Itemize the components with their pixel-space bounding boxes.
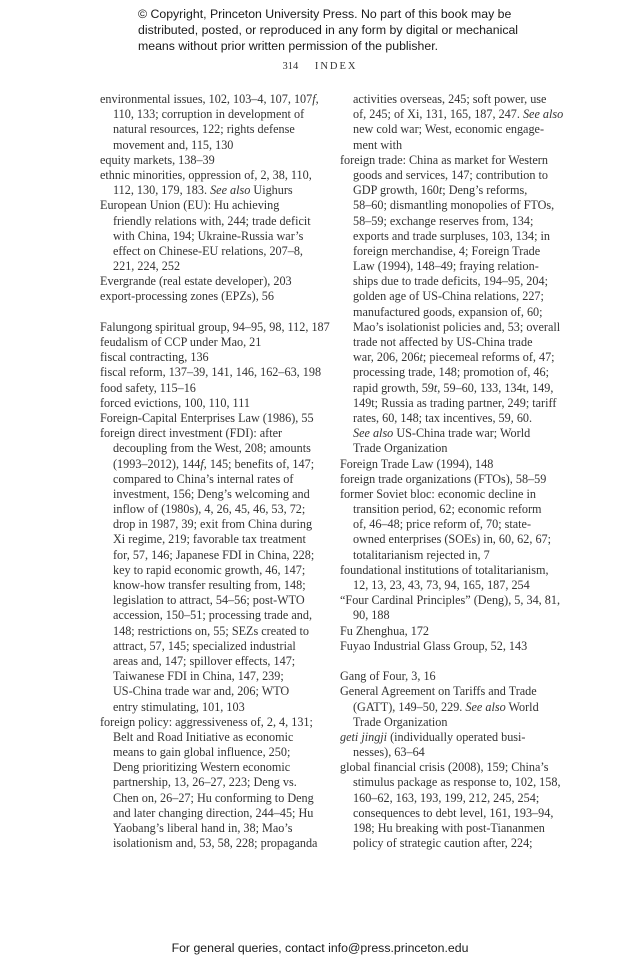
index-subentry-line: inflow of (1980s), 4, 26, 45, 46, 53, 72… [100,502,335,517]
entry-text: compared to China’s internal rates of [113,472,293,486]
index-subentry-line: foreign merchandise, 4; Foreign Trade [340,244,568,259]
index-subentry-line: and later changing direction, 244–45; Hu [100,806,335,821]
entry-text: Belt and Road Initiative as economic [113,730,293,744]
entry-text: entry stimulating, 101, 103 [113,700,245,714]
entry-text: partnership, 13, 26–27, 223; Deng vs. [113,775,297,789]
index-subentry-line: 221, 224, 252 [100,259,335,274]
index-subentry-line: 110, 133; corruption in development of [100,107,335,122]
index-entry-line: foreign trade organizations (FTOs), 58–5… [340,472,568,487]
index-subentry-line: new cold war; West, economic engage- [340,122,568,137]
entry-text: global financial crisis (2008), 159; Chi… [340,760,549,774]
entry-text: accession, 150–51; processing trade and, [113,608,312,622]
index-subentry-line: Yaobang’s liberal hand in, 38; Mao’s [100,821,335,836]
index-subentry-line: (1993–2012), 144f, 145; benefits of, 147… [100,457,335,472]
entry-text: exports and trade surpluses, 103, 134; i… [353,229,550,243]
entry-text: US-China trade war and, 206; WTO [113,684,289,698]
index-subentry-line: Mao’s isolationist policies and, 53; ove… [340,320,568,335]
entry-text: fiscal contracting, 136 [100,350,209,364]
entry-text: nesses), 63–64 [353,745,425,759]
entry-text: 110, 133; corruption in development of [113,107,304,121]
entry-italic: See also [523,107,563,121]
index-entry-line: Gang of Four, 3, 16 [340,669,568,684]
entry-text: 221, 224, 252 [113,259,180,273]
entry-text-after: ; Deng’s reforms, [442,183,527,197]
entry-text: trade not affected by US-China trade [353,335,532,349]
index-subentry-line: compared to China’s internal rates of [100,472,335,487]
entry-text-after: Uighurs [250,183,292,197]
entry-text: owned enterprises (SOEs) in, 60, 62, 67; [353,532,551,546]
index-entry-line: feudalism of CCP under Mao, 21 [100,335,335,350]
entry-text: Deng prioritizing Western economic [113,760,290,774]
entry-text: 148; restrictions on, 55; SEZs created t… [113,624,309,638]
index-subentry-line: ment with [340,138,568,153]
index-subentry-line: decoupling from the West, 208; amounts [100,441,335,456]
index-subentry-line: for, 57, 146; Japanese FDI in China, 228… [100,548,335,563]
entry-text: goods and services, 147; contribution to [353,168,548,182]
running-head: 314 INDEX [0,61,640,72]
entry-text: foreign trade organizations (FTOs), 58–5… [340,472,546,486]
entry-text: Evergrande (real estate developer), 203 [100,274,292,288]
index-subentry-line: of, 46–48; price reform of, 70; state- [340,517,568,532]
index-subentry-line: rates, 60, 148; tax incentives, 59, 60. [340,411,568,426]
index-subentry-line: partnership, 13, 26–27, 223; Deng vs. [100,775,335,790]
index-subentry-line: 12, 13, 23, 43, 73, 94, 165, 187, 254 [340,578,568,593]
entry-text: with China, 194; Ukraine-Russia war’s [113,229,303,243]
index-subentry-line: stimulus package as response to, 102, 15… [340,775,568,790]
entry-text: areas and, 147; spillover effects, 147; [113,654,295,668]
entry-text: for, 57, 146; Japanese FDI in China, 228… [113,548,314,562]
index-subentry-line: Taiwanese FDI in China, 147, 239; [100,669,335,684]
page-number: 314 [282,61,298,72]
entry-text: Chen on, 26–27; Hu conforming to Deng [113,791,314,805]
index-subentry-line: Belt and Road Initiative as economic [100,730,335,745]
index-subentry-line: of, 245; of Xi, 131, 165, 187, 247. See … [340,107,568,122]
entry-text: rapid growth, 59 [353,381,434,395]
index-subentry-line: Xi regime, 219; favorable tax treatment [100,532,335,547]
index-subentry-line: rapid growth, 59t, 59–60, 133, 134t, 149… [340,381,568,396]
entry-text: (1993–2012), 144 [113,457,200,471]
entry-text: new cold war; West, economic engage- [353,122,544,136]
index-subentry-line: 148; restrictions on, 55; SEZs created t… [100,624,335,639]
entry-italic: See also [210,183,250,197]
entry-text: stimulus package as response to, 102, 15… [353,775,561,789]
entry-text-after: , 145; benefits of, 147; [204,457,314,471]
entry-text: golden age of US-China relations, 227; [353,289,544,303]
entry-text: former Soviet bloc: economic decline in [340,487,536,501]
entry-text: consequences to debt level, 161, 193–94, [353,806,553,820]
entry-text: Yaobang’s liberal hand in, 38; Mao’s [113,821,293,835]
entry-text: Trade Organization [353,441,447,455]
index-subentry-line: 112, 130, 179, 183. See also Uighurs [100,183,335,198]
entry-text: Gang of Four, 3, 16 [340,669,436,683]
index-subentry-line: war, 206, 206t; piecemeal reforms of, 47… [340,350,568,365]
index-subentry-line: (GATT), 149–50, 229. See also World [340,700,568,715]
index-subentry-line: attract, 57, 145; specialized industrial [100,639,335,654]
index-subentry-line: Law (1994), 148–49; fraying relation- [340,259,568,274]
entry-text: forced evictions, 100, 110, 111 [100,396,250,410]
entry-text: foreign merchandise, 4; Foreign Trade [353,244,540,258]
entry-italic: geti jingji [340,730,387,744]
index-subentry-line: effect on Chinese-EU relations, 207–8, [100,244,335,259]
index-subentry-line: know-how transfer resulting from, 148; [100,578,335,593]
entry-text-after: , [316,92,319,106]
entry-text: GDP growth, 160 [353,183,439,197]
entry-text: foreign trade: China as market for Weste… [340,153,548,167]
index-subentry-line: means to gain global influence, 250; [100,745,335,760]
entry-text: Xi regime, 219; favorable tax treatment [113,532,306,546]
entry-text: effect on Chinese-EU relations, 207–8, [113,244,303,258]
section-gap [100,305,335,320]
entry-text: Mao’s isolationist policies and, 53; ove… [353,320,560,334]
entry-text: food safety, 115–16 [100,381,196,395]
index-subentry-line: 90, 188 [340,608,568,623]
entry-text: of, 245; of Xi, 131, 165, 187, 247. [353,107,523,121]
index-subentry-line: investment, 156; Deng’s welcoming and [100,487,335,502]
entry-text: Fu Zhenghua, 172 [340,624,429,638]
entry-text: equity markets, 138–39 [100,153,215,167]
entry-text: 160–62, 163, 193, 199, 212, 245, 254; [353,791,539,805]
entry-text: environmental issues, 102, 103–4, 107, 1… [100,92,312,106]
entry-text: 112, 130, 179, 183. [113,183,210,197]
index-subentry-line: nesses), 63–64 [340,745,568,760]
entry-text: attract, 57, 145; specialized industrial [113,639,296,653]
entry-text: legislation to attract, 54–56; post-WTO [113,593,305,607]
index-subentry-line: goods and services, 147; contribution to [340,168,568,183]
entry-text: foundational institutions of totalitaria… [340,563,549,577]
index-subentry-line: activities overseas, 245; soft power, us… [340,92,568,107]
index-subentry-line: transition period, 62; economic reform [340,502,568,517]
section-gap [340,654,568,669]
entry-text: war, 206, 206 [353,350,420,364]
entry-text: movement and, 115, 130 [113,138,233,152]
index-entry-line: Evergrande (real estate developer), 203 [100,274,335,289]
entry-text: activities overseas, 245; soft power, us… [353,92,546,106]
index-subentry-line: legislation to attract, 54–56; post-WTO [100,593,335,608]
index-entry-line: Foreign Trade Law (1994), 148 [340,457,568,472]
index-column-left: environmental issues, 102, 103–4, 107, 1… [100,92,335,851]
index-subentry-line: policy of strategic caution after, 224; [340,836,568,851]
entry-text-after: (individually operated busi- [387,730,525,744]
entry-text: know-how transfer resulting from, 148; [113,578,306,592]
entry-text: Taiwanese FDI in China, 147, 239; [113,669,284,683]
index-subentry-line: entry stimulating, 101, 103 [100,700,335,715]
entry-text: policy of strategic caution after, 224; [353,836,533,850]
index-subentry-line: totalitarianism rejected in, 7 [340,548,568,563]
index-subentry-line: trade not affected by US-China trade [340,335,568,350]
index-entry-line: Fuyao Industrial Glass Group, 52, 143 [340,639,568,654]
index-entry-line: Fu Zhenghua, 172 [340,624,568,639]
footer-contact: For general queries, contact info@press.… [0,941,640,955]
entry-text: drop in 1987, 39; exit from China during [113,517,312,531]
index-entry-line: fiscal contracting, 136 [100,350,335,365]
entry-text: decoupling from the West, 208; amounts [113,441,311,455]
index-entry-line: food safety, 115–16 [100,381,335,396]
index-entry-line: export-processing zones (EPZs), 56 [100,289,335,304]
index-subentry-line: friendly relations with, 244; trade defi… [100,214,335,229]
entry-text: Law (1994), 148–49; fraying relation- [353,259,539,273]
index-subentry-line: natural resources, 122; rights defense [100,122,335,137]
index-subentry-line: US-China trade war and, 206; WTO [100,684,335,699]
index-entry-line: geti jingji (individually operated busi- [340,730,568,745]
index-subentry-line: Trade Organization [340,441,568,456]
index-entry-line: equity markets, 138–39 [100,153,335,168]
index-subentry-line: isolationism and, 53, 58, 228; propagand… [100,836,335,851]
entry-text: processing trade, 148; promotion of, 46; [353,365,549,379]
index-subentry-line: manufactured goods, expansion of, 60; [340,305,568,320]
entry-text: Trade Organization [353,715,447,729]
index-entry-line: “Four Cardinal Principles” (Deng), 5, 34… [340,593,568,608]
index-subentry-line: Chen on, 26–27; Hu conforming to Deng [100,791,335,806]
entry-text: European Union (EU): Hu achieving [100,198,279,212]
entry-text-after: US-China trade war; World [393,426,530,440]
entry-text: fiscal reform, 137–39, 141, 146, 162–63,… [100,365,321,379]
entry-text-after: , 59–60, 133, 134t, 149, [437,381,553,395]
index-subentry-line: drop in 1987, 39; exit from China during [100,517,335,532]
index-entry-line: European Union (EU): Hu achieving [100,198,335,213]
entry-text-after: World [506,700,539,714]
index-subentry-line: exports and trade surpluses, 103, 134; i… [340,229,568,244]
index-entry-line: ethnic minorities, oppression of, 2, 38,… [100,168,335,183]
index-entry-line: forced evictions, 100, 110, 111 [100,396,335,411]
entry-text: Fuyao Industrial Glass Group, 52, 143 [340,639,527,653]
index-subentry-line: owned enterprises (SOEs) in, 60, 62, 67; [340,532,568,547]
entry-text: ethnic minorities, oppression of, 2, 38,… [100,168,312,182]
index-entry-line: General Agreement on Tariffs and Trade [340,684,568,699]
entry-text: ment with [353,138,402,152]
index-subentry-line: key to rapid economic growth, 46, 147; [100,563,335,578]
entry-text: 58–60; dismantling monopolies of FTOs, [353,198,554,212]
index-entry-line: fiscal reform, 137–39, 141, 146, 162–63,… [100,365,335,380]
entry-text: 90, 188 [353,608,390,622]
entry-text: 12, 13, 23, 43, 73, 94, 165, 187, 254 [353,578,530,592]
index-subentry-line: with China, 194; Ukraine-Russia war’s [100,229,335,244]
entry-italic: See also [353,426,393,440]
index-entry-line: Falungong spiritual group, 94–95, 98, 11… [100,320,335,335]
index-subentry-line: 160–62, 163, 193, 199, 212, 245, 254; [340,791,568,806]
entry-text: key to rapid economic growth, 46, 147; [113,563,305,577]
entry-text: inflow of (1980s), 4, 26, 45, 46, 53, 72… [113,502,305,516]
entry-text: General Agreement on Tariffs and Trade [340,684,537,698]
entry-text: rates, 60, 148; tax incentives, 59, 60. [353,411,532,425]
index-subentry-line: golden age of US-China relations, 227; [340,289,568,304]
index-entry-line: foreign policy: aggressiveness of, 2, 4,… [100,715,335,730]
entry-text: Falungong spiritual group, 94–95, 98, 11… [100,320,330,334]
copyright-notice: © Copyright, Princeton University Press.… [138,6,538,54]
entry-text: natural resources, 122; rights defense [113,122,295,136]
entry-italic: See also [465,700,505,714]
copyright-line: means without prior written permission o… [138,38,538,54]
index-entry-line: foreign trade: China as market for Weste… [340,153,568,168]
index-subentry-line: Trade Organization [340,715,568,730]
entry-text: “Four Cardinal Principles” (Deng), 5, 34… [340,593,560,607]
entry-text: totalitarianism rejected in, 7 [353,548,490,562]
index-subentry-line: processing trade, 148; promotion of, 46; [340,365,568,380]
copyright-line: distributed, posted, or reproduced in an… [138,22,538,38]
index-entry-line: environmental issues, 102, 103–4, 107, 1… [100,92,335,107]
entry-text: and later changing direction, 244–45; Hu [113,806,313,820]
index-subentry-line: consequences to debt level, 161, 193–94, [340,806,568,821]
entry-text: 198; Hu breaking with post-Tiananmen [353,821,545,835]
entry-text: foreign policy: aggressiveness of, 2, 4,… [100,715,313,729]
index-subentry-line: 58–59; exchange reserves from, 134; [340,214,568,229]
entry-text: transition period, 62; economic reform [353,502,542,516]
copyright-line: © Copyright, Princeton University Press.… [138,6,538,22]
index-subentry-line: ships due to trade deficits, 194–95, 204… [340,274,568,289]
index-subentry-line: accession, 150–51; processing trade and, [100,608,335,623]
index-entry-line: foundational institutions of totalitaria… [340,563,568,578]
index-column-right: activities overseas, 245; soft power, us… [340,92,568,851]
index-entry-line: former Soviet bloc: economic decline in [340,487,568,502]
entry-text: Foreign Trade Law (1994), 148 [340,457,493,471]
entry-text: 149t; Russia as trading partner, 249; ta… [353,396,556,410]
entry-text: Foreign-Capital Enterprises Law (1986), … [100,411,314,425]
entry-text: export-processing zones (EPZs), 56 [100,289,274,303]
entry-text-after: ; piecemeal reforms of, 47; [423,350,555,364]
entry-text: means to gain global influence, 250; [113,745,290,759]
index-entry-line: Foreign-Capital Enterprises Law (1986), … [100,411,335,426]
index-subentry-line: GDP growth, 160t; Deng’s reforms, [340,183,568,198]
entry-text: (GATT), 149–50, 229. [353,700,465,714]
entry-text: foreign direct investment (FDI): after [100,426,282,440]
entry-text: 58–59; exchange reserves from, 134; [353,214,533,228]
entry-text: friendly relations with, 244; trade defi… [113,214,311,228]
entry-text: feudalism of CCP under Mao, 21 [100,335,261,349]
entry-text: of, 46–48; price reform of, 70; state- [353,517,531,531]
entry-text: manufactured goods, expansion of, 60; [353,305,543,319]
index-subentry-line: 58–60; dismantling monopolies of FTOs, [340,198,568,213]
index-subentry-line: See also US-China trade war; World [340,426,568,441]
entry-text: isolationism and, 53, 58, 228; propagand… [113,836,317,850]
index-entry-line: foreign direct investment (FDI): after [100,426,335,441]
index-subentry-line: areas and, 147; spillover effects, 147; [100,654,335,669]
index-subentry-line: 198; Hu breaking with post-Tiananmen [340,821,568,836]
index-subentry-line: movement and, 115, 130 [100,138,335,153]
index-subentry-line: 149t; Russia as trading partner, 249; ta… [340,396,568,411]
entry-text: ships due to trade deficits, 194–95, 204… [353,274,548,288]
entry-text: investment, 156; Deng’s welcoming and [113,487,310,501]
index-entry-line: global financial crisis (2008), 159; Chi… [340,760,568,775]
index-subentry-line: Deng prioritizing Western economic [100,760,335,775]
section-title: INDEX [315,61,358,72]
